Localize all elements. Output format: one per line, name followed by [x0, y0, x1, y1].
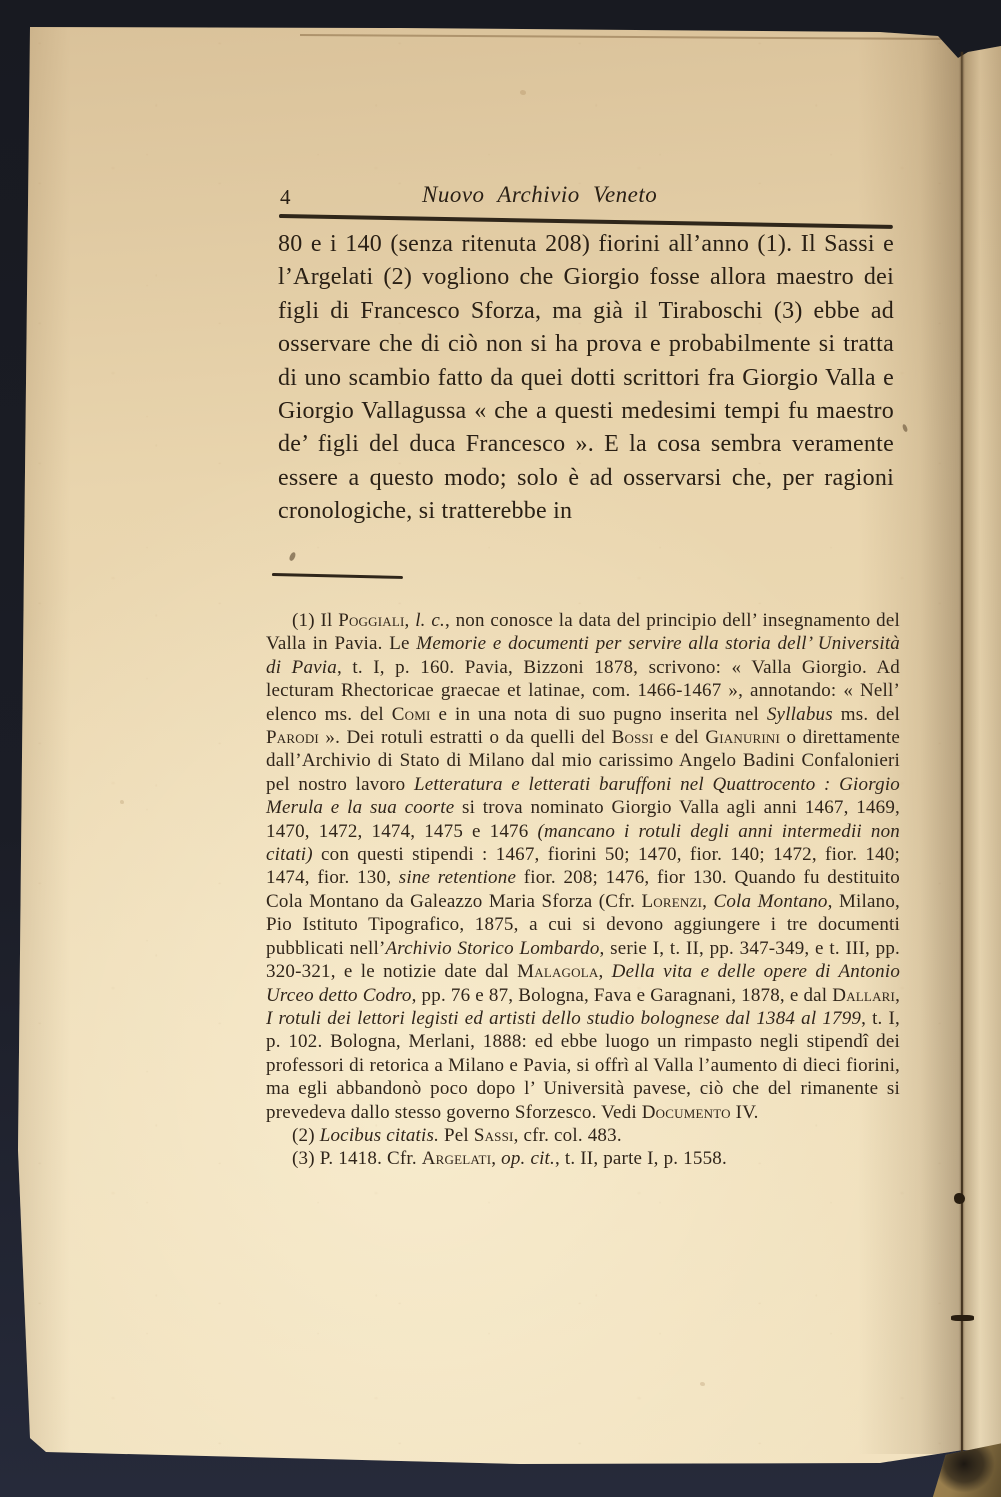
footnote-3: (3) P. 1418. Cfr. Argelati, op. cit., t.… [266, 1147, 900, 1170]
body-text: 80 e i 140 (senza ritenuta 208) fiorini … [278, 228, 894, 529]
book-page: 4 Nuovo Archivio Veneto 80 e i 140 (senz… [0, 0, 1001, 1497]
adjacent-page-edge [963, 44, 1001, 1452]
footnote-separator [272, 573, 403, 579]
scanned-book-photo: 4 Nuovo Archivio Veneto 80 e i 140 (senz… [0, 0, 1001, 1497]
footnote-2: (2) Locibus citatis. Pel Sassi, cfr. col… [266, 1124, 900, 1147]
binding-crease [961, 52, 963, 1452]
binding-stitch [951, 1315, 974, 1321]
page-number: 4 [280, 185, 291, 210]
page-edge-stack [300, 34, 955, 40]
header-rule [279, 214, 893, 228]
running-header-title: Nuovo Archivio Veneto [422, 182, 657, 208]
ink-speck [288, 551, 297, 561]
binding-stitch [954, 1193, 965, 1204]
foxing-speck [120, 800, 124, 804]
footnote-1: (1) Il Poggiali, l. c., non conosce la d… [266, 609, 900, 1124]
foxing-speck [700, 1382, 705, 1386]
footnotes: (1) Il Poggiali, l. c., non conosce la d… [266, 609, 900, 1171]
foxing-speck [520, 90, 526, 95]
